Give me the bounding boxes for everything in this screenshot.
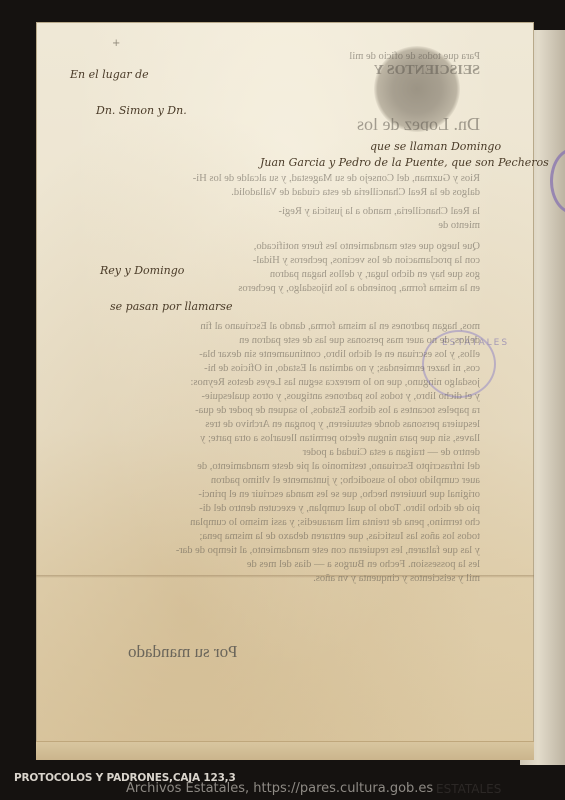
watermark-caption: ESTATALES <box>436 782 501 796</box>
handwritten-line: Rey y Domingo <box>100 264 184 277</box>
handwritten-line: que se llaman Domingo <box>370 140 501 153</box>
print-line: y las que faltaren, les requieran con es… <box>60 544 480 557</box>
handwritten-line: se pasan por llamarse <box>110 300 232 313</box>
folio-mark: + <box>112 38 120 49</box>
print-line: miento de <box>60 219 480 232</box>
stamp-edge-icon <box>550 148 565 214</box>
print-line: original que huuieren hecho, que se les … <box>60 488 480 501</box>
print-line: pio de dicho libro. Todo lo qual cumplan… <box>60 502 480 515</box>
print-line: lesquiera personas donde estuuieren, y p… <box>60 418 480 431</box>
print-line: del infrascripto Escriuano, testimonio a… <box>60 460 480 473</box>
print-line: mil y seiscientos y cinquenta y vn años. <box>60 572 480 585</box>
print-line: Dn. Lopez de los <box>60 118 480 131</box>
print-line: josdalgo ninguno, que no lo merezca segu… <box>60 376 480 389</box>
print-line: Que luego que este mandamiento les fuere… <box>60 240 480 253</box>
print-line: dentro de — traigan a esta Ciudad a pode… <box>60 446 480 459</box>
print-line: cho termino, pena de treinta mil maraued… <box>60 516 480 529</box>
signature-line: Por su mandado <box>128 642 238 662</box>
handwritten-line: Dn. Simon y Dn. <box>96 104 187 117</box>
print-line: y el dicho libro, y todos los padrones a… <box>60 390 480 403</box>
print-line: Rios y Guzman, del Consejo de su Magesta… <box>60 172 480 185</box>
print-line: mos, hagan padrones en la misma forma, d… <box>60 320 480 333</box>
print-line: en la misma forma, poniendo a los hijosd… <box>60 282 480 295</box>
source-caption: Archivos Estatales, https://pares.cultur… <box>126 781 433 796</box>
print-line: Para que todos de oficio de mil <box>60 50 480 63</box>
print-line: les la possession. Fecho en Burgos a — d… <box>60 558 480 571</box>
handwritten-line: Juan Garcia y Pedro de la Puente, que so… <box>260 156 549 169</box>
page-edge <box>36 741 534 760</box>
handwritten-line: En el lugar de <box>70 68 149 81</box>
print-line: todos los años las Iusticias, que entrar… <box>60 530 480 543</box>
print-line: cos, ni hazer enmiendas; y no admitan al… <box>60 362 480 375</box>
print-line: la Real Chancilleria, mando a la justici… <box>60 205 480 218</box>
print-line: dalgos de la Real Chancilleria de esta c… <box>60 186 480 199</box>
print-line: ra papeles tocantes a los dichos Estados… <box>60 404 480 417</box>
print-line: llaves, sin que para ningun efecto permi… <box>60 432 480 445</box>
print-line: dellos, de no auer mas personas que las … <box>60 334 480 347</box>
print-line: ellos, y los escriuan en el dicho libro,… <box>60 348 480 361</box>
print-line: auer cumplido todo lo susodicho; y junta… <box>60 474 480 487</box>
